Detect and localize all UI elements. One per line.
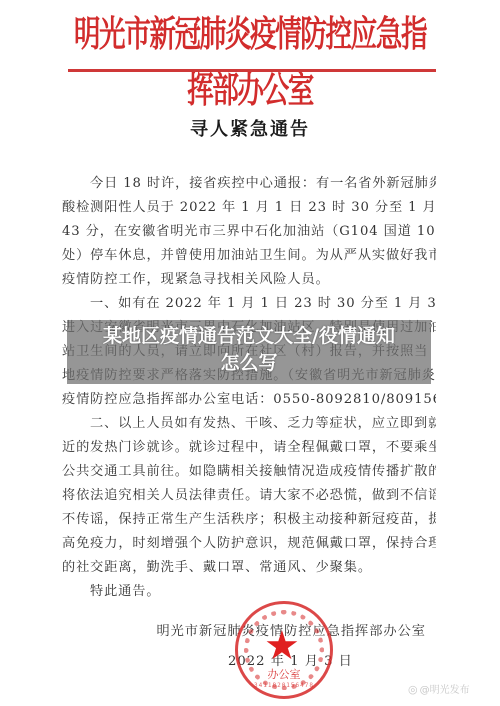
body-line: 酸检测阳性人员于 2022 年 1 月 1 日 23 时 30 分至 1 月 2… [62,196,436,220]
stamp-label: 办公室 [238,666,330,682]
overlay-headline-line2: 怎么写 [67,350,431,377]
body-line: 近的发热门诊就诊。就诊过程中，请全程佩戴口罩，不要乘坐 [62,436,436,460]
body-line: 将依法追究相关人员法律责任。请大家不必恐慌，做到不信谣， [62,484,436,508]
body-line: 43 分，在安徽省明光市三界中石化加油站（G104 国道 1031KM [62,220,436,244]
body-line: 不传谣，保持正常生产生活秩序；积极主动接种新冠疫苗，提 [62,508,436,532]
watermark: ◎@明光发布 [408,681,470,696]
body-line: 二、以上人员如有发热、干咳、乏力等症状，应立即到就 [62,412,436,436]
body-line: 公共交通工具前往。如隐瞒相关接触情况造成疫情传播扩散的， [62,460,436,484]
official-stamp: ★ 办公室 3411820156478 [235,601,333,699]
body-line: 今日 18 时许，接省疾控中心通报：有一名省外新冠肺炎核 [62,172,436,196]
document-title: 寻人紧急通告 [0,115,500,141]
overlay-headline: 某地区疫情通告范文大全/役情通知 怎么写 [67,323,431,377]
header-red-rule [68,69,436,72]
weibo-icon: ◎ [408,683,418,696]
body-line: 处）停车休息，并曾使用加油站卫生间。为从严从实做好我市 [62,244,436,268]
watermark-text: @明光发布 [420,685,470,696]
body-line: 高免疫力，时刻增强个人防护意识，规范佩戴口罩，保持合理 [62,532,436,556]
overlay-headline-line1: 某地区疫情通告范文大全/役情通知 [67,323,431,350]
stamp-code: 3411820156478 [238,682,330,689]
header-org-title: 明光市新冠肺炎疫情防控应急指挥部办公室 [65,6,435,118]
body-line: 疫情防控工作，现紧急寻找相关风险人员。 [62,268,436,292]
document-body: 今日 18 时许，接省疾控中心通报：有一名省外新冠肺炎核 酸检测阳性人员于 20… [62,172,436,604]
body-line-closing: 特此通告。 [62,580,436,604]
body-line: 一、如有在 2022 年 1 月 1 日 23 时 30 分至 1 月 3 日 … [62,292,436,316]
body-line: 疫情防控应急指挥部办公室电话：0550-8092810/8091565） [62,388,436,412]
red-star-icon: ★ [264,626,300,666]
body-line: 的社交距离，勤洗手、戴口罩、常通风、少聚集。 [62,556,436,580]
